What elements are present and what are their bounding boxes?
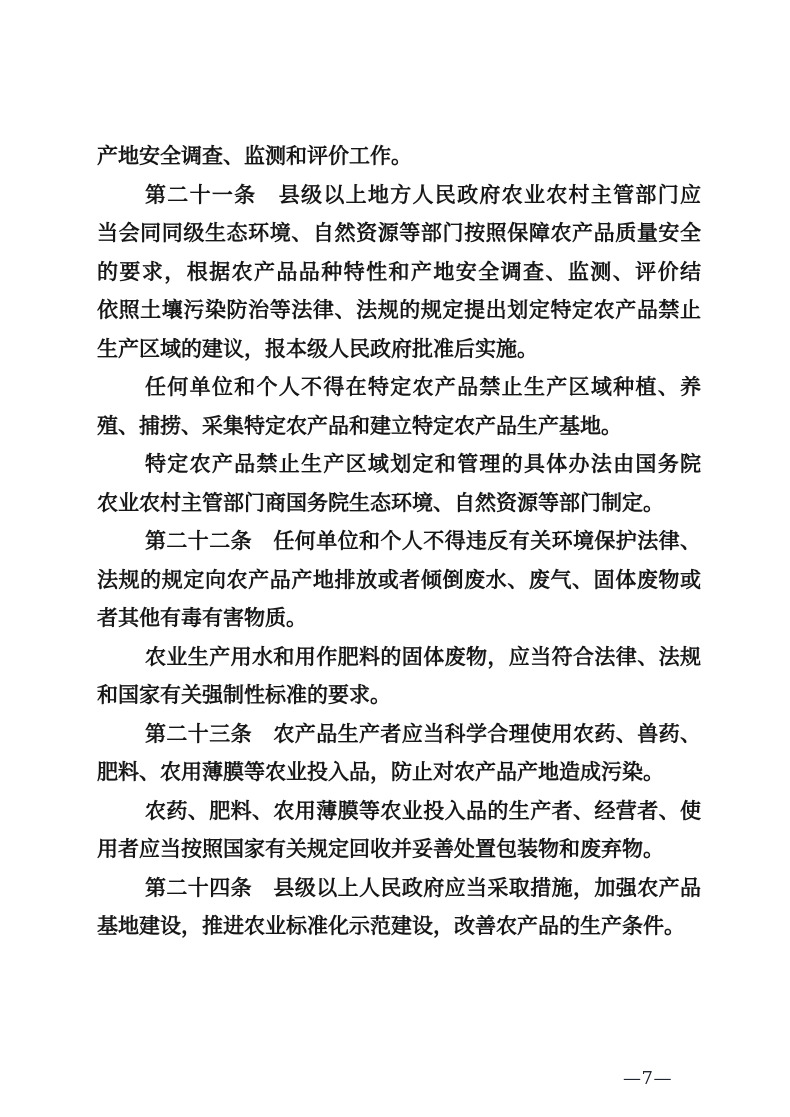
text-line: 基地建设，推进农业标准化示范建设，改善农产品的生产条件。 [97,908,701,947]
text-line: 农业农村主管部门商国务院生态环境、自然资源等部门制定。 [97,485,701,524]
text-line: 的要求，根据农产品品种特性和产地安全调查、监测、评价结果， [97,254,701,293]
article-21-paragraph-1: 第二十一条 县级以上地方人民政府农业农村主管部门应当会同同级生态环境、自然资源等… [97,177,701,370]
text-line: 肥料、农用薄膜等农业投入品，防止对农产品产地造成污染。 [97,754,701,793]
text-line: 农业生产用水和用作肥料的固体废物，应当符合法律、法规 [97,639,701,678]
text-line: 当会同同级生态环境、自然资源等部门按照保障农产品质量安全 [97,215,701,254]
text-line: 产地安全调查、监测和评价工作。 [97,138,701,177]
article-21-paragraph-3: 特定农产品禁止生产区域划定和管理的具体办法由国务院农业农村主管部门商国务院生态环… [97,446,701,523]
document-body: 产地安全调查、监测和评价工作。第二十一条 县级以上地方人民政府农业农村主管部门应… [97,138,701,947]
text-line: 农药、肥料、农用薄膜等农业投入品的生产者、经营者、使 [97,793,701,832]
article-23-paragraph-1: 第二十三条 农产品生产者应当科学合理使用农药、兽药、肥料、农用薄膜等农业投入品，… [97,716,701,793]
text-line: 第二十三条 农产品生产者应当科学合理使用农药、兽药、 [97,716,701,755]
text-line: 任何单位和个人不得在特定农产品禁止生产区域种植、养 [97,369,701,408]
text-line: 第二十一条 县级以上地方人民政府农业农村主管部门应 [97,177,701,216]
text-line: 和国家有关强制性标准的要求。 [97,677,701,716]
article-24-paragraph-1: 第二十四条 县级以上人民政府应当采取措施，加强农产品基地建设，推进农业标准化示范… [97,870,701,947]
document-page: 产地安全调查、监测和评价工作。第二十一条 县级以上地方人民政府农业农村主管部门应… [0,0,790,1117]
text-line: 用者应当按照国家有关规定回收并妥善处置包装物和废弃物。 [97,831,701,870]
continuation-paragraph: 产地安全调查、监测和评价工作。 [97,138,701,177]
page-number: —7— [623,1068,672,1090]
article-22-paragraph-1: 第二十二条 任何单位和个人不得违反有关环境保护法律、法规的规定向农产品产地排放或… [97,523,701,639]
text-line: 依照土壤污染防治等法律、法规的规定提出划定特定农产品禁止 [97,292,701,331]
text-line: 生产区域的建议，报本级人民政府批准后实施。 [97,331,701,370]
text-line: 特定农产品禁止生产区域划定和管理的具体办法由国务院 [97,446,701,485]
text-line: 者其他有毒有害物质。 [97,600,701,639]
article-23-paragraph-2: 农药、肥料、农用薄膜等农业投入品的生产者、经营者、使用者应当按照国家有关规定回收… [97,793,701,870]
text-line: 第二十四条 县级以上人民政府应当采取措施，加强农产品 [97,870,701,909]
article-22-paragraph-2: 农业生产用水和用作肥料的固体废物，应当符合法律、法规和国家有关强制性标准的要求。 [97,639,701,716]
text-line: 殖、捕捞、采集特定农产品和建立特定农产品生产基地。 [97,408,701,447]
text-line: 第二十二条 任何单位和个人不得违反有关环境保护法律、 [97,523,701,562]
text-line: 法规的规定向农产品产地排放或者倾倒废水、废气、固体废物或 [97,562,701,601]
article-21-paragraph-2: 任何单位和个人不得在特定农产品禁止生产区域种植、养殖、捕捞、采集特定农产品和建立… [97,369,701,446]
